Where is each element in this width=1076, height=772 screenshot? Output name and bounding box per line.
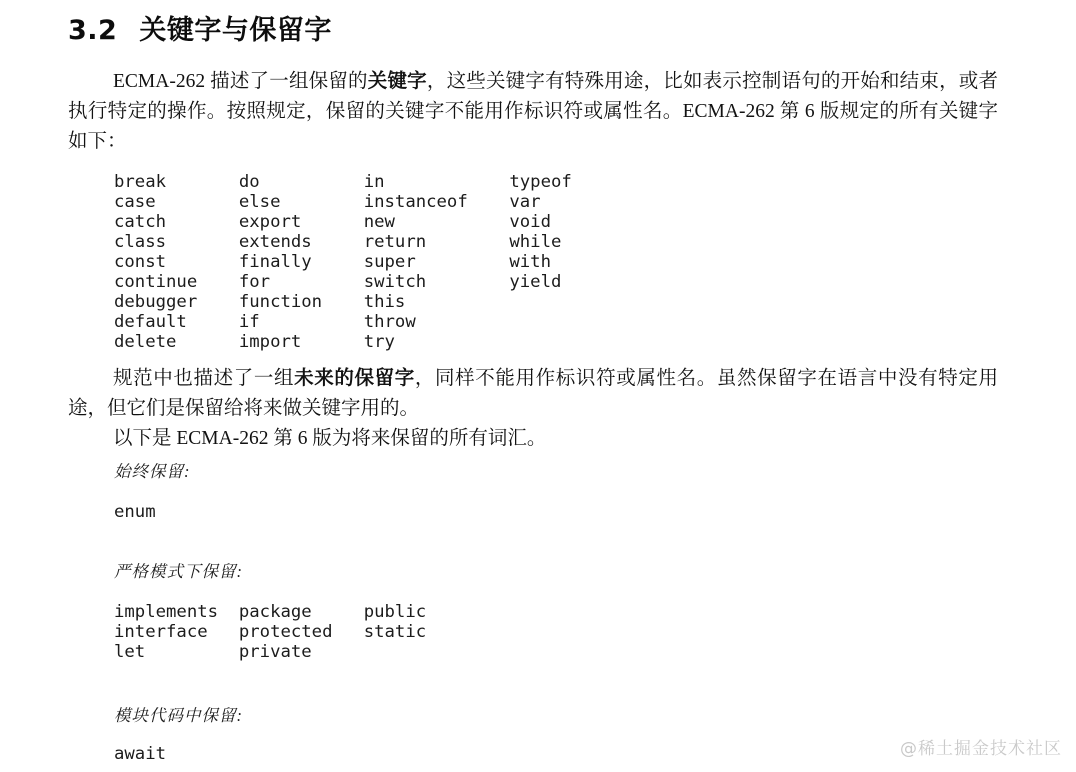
label-always-reserved: 始终保留: xyxy=(114,462,998,482)
paragraph-keywords-intro: ECMA-262 描述了一组保留的关键字，这些关键字有特殊用途，比如表示控制语句… xyxy=(68,67,998,157)
bold-term-keywords: 关键字 xyxy=(368,71,427,92)
always-reserved-code-block: enum xyxy=(114,502,998,522)
section-heading: 3.2关键字与保留字 xyxy=(68,8,998,47)
strict-mode-reserved-code-block: implements package public interface prot… xyxy=(114,602,998,662)
paragraph-future-reserved: 规范中也描述了一组未来的保留字，同样不能用作标识符或属性名。虽然保留字在语言中没… xyxy=(68,364,998,424)
paragraph-reserved-list-intro: 以下是 ECMA-262 第 6 版为将来保留的所有词汇。 xyxy=(68,424,998,454)
label-strict-mode-reserved: 严格模式下保留: xyxy=(114,562,998,582)
bold-term-future-reserved-words: 未来的保留字 xyxy=(294,368,415,389)
watermark: @稀土掘金技术社区 xyxy=(900,734,1062,759)
label-module-code-reserved: 模块代码中保留: xyxy=(114,706,998,726)
paragraph-text: 规范中也描述了一组 xyxy=(113,368,294,389)
section-number: 3.2 xyxy=(68,15,117,46)
paragraph-text: ECMA-262 描述了一组保留的 xyxy=(113,71,368,92)
book-page: 3.2关键字与保留字 ECMA-262 描述了一组保留的关键字，这些关键字有特殊… xyxy=(0,0,1076,772)
section-title: 关键字与保留字 xyxy=(139,15,332,46)
module-code-reserved-code-block: await xyxy=(114,744,998,764)
keywords-code-block: break do in typeof case else instanceof … xyxy=(114,172,998,352)
